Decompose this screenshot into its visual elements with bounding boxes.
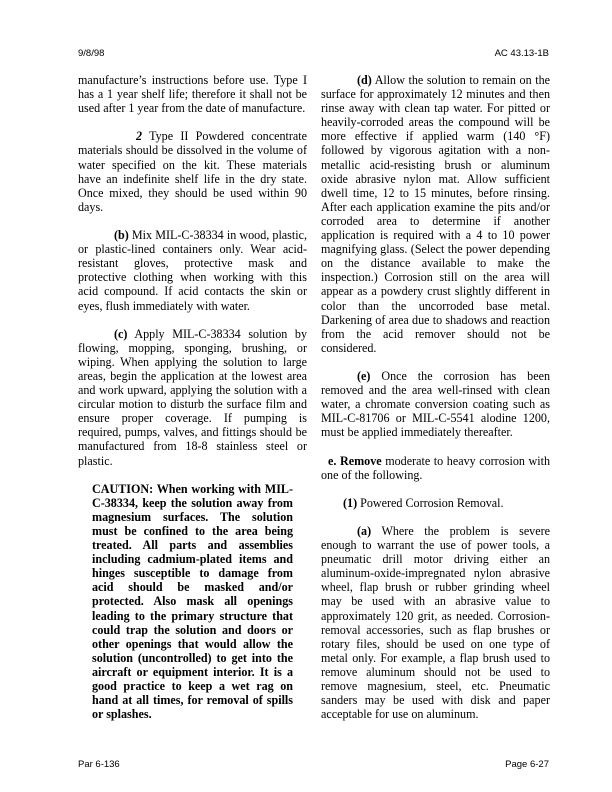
paragraph-e: (e) Once the corrosion has been removed …	[321, 369, 550, 439]
paragraph-text: Powered Corrosion Removal.	[357, 496, 503, 510]
paragraph-b: (b) Mix MIL-C-38334 in wood, plastic, or…	[78, 228, 307, 313]
header-document-id: AC 43.13-1B	[495, 48, 549, 59]
paragraph-text: Where the problem is severe enough to wa…	[321, 524, 550, 721]
header-date: 9/8/98	[78, 48, 104, 59]
item-label: (e)	[357, 369, 370, 383]
paragraph-1-heading: (1) Powered Corrosion Removal.	[321, 496, 550, 510]
item-label: (d)	[357, 73, 372, 87]
paragraph-d: (d) Allow the solution to remain on the …	[321, 73, 550, 355]
caution-note: CAUTION: When working with MIL-C-38334, …	[92, 482, 293, 722]
paragraph-c: (c) Apply MIL-C-38334 solution by flowin…	[78, 327, 307, 468]
item-label: (a)	[357, 524, 371, 538]
paragraph-type-i-shelf-life: manufacture’s instructions before use. T…	[78, 73, 307, 115]
paragraph-text: Allow the solution to remain on the surf…	[321, 73, 550, 355]
paragraph-text: manufacture’s instructions before use. T…	[78, 73, 307, 115]
paragraph-text: Mix MIL-C-38334 in wood, plastic, or pla…	[78, 228, 307, 312]
section-label: e.	[328, 454, 336, 468]
item-label: (b)	[114, 228, 129, 242]
item-label: (1)	[343, 496, 357, 510]
paragraph-text: Type II Powdered concentrate materials s…	[78, 129, 307, 213]
section-heading: Remove	[340, 454, 382, 468]
footer-page-number: Page 6-27	[505, 759, 549, 770]
item-label: (c)	[114, 327, 127, 341]
paragraph-type-ii: 2 Type II Powdered concentrate materials…	[78, 129, 307, 214]
paragraph-a: (a) Where the problem is severe enough t…	[321, 524, 550, 721]
paragraph-text: Apply MIL-C-38334 solution by flowing, m…	[78, 327, 307, 468]
paragraph-section-e: e. Remove moderate to heavy corrosion wi…	[321, 454, 550, 482]
left-column: manufacture’s instructions before use. T…	[78, 73, 307, 721]
paragraph-text: Once the corrosion has been removed and …	[321, 369, 550, 439]
right-column: (d) Allow the solution to remain on the …	[321, 73, 550, 735]
footer-paragraph-ref: Par 6-136	[78, 759, 120, 770]
